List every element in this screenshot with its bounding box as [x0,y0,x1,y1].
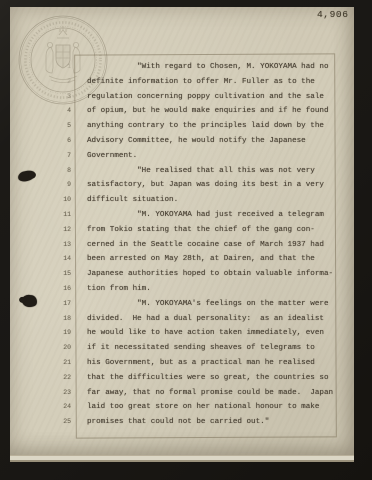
text-line: 20 if it necessitated sending sheaves of… [0,341,372,356]
typed-text-line: of opium, but he would make enquiries an… [87,104,329,119]
line-number: 3 [0,90,71,105]
text-line: 10 difficult situation. [0,193,372,208]
text-line: 14 been arrested on May 28th, at Dairen,… [0,252,372,267]
typed-text-line: Japanese authorities hoped to obtain val… [87,267,333,282]
typed-text-line: if it necessitated sending sheaves of te… [87,341,315,356]
paper-bottom-edge [10,455,354,462]
typed-text-line: from Tokio stating that the chief of the… [87,223,315,238]
line-number: 22 [0,371,71,386]
line-number: 16 [0,282,71,297]
text-line: 12 from Tokio stating that the chief of … [0,223,372,238]
text-line: 9 satisfactory, but Japan was doing its … [0,178,372,193]
line-number: 21 [0,356,71,371]
typed-text-line: "With regard to Chosen, M. YOKOYAMA had … [87,60,329,75]
typed-text-line: far away, that no formal promise could b… [87,386,333,401]
text-line: 6 Advisory Committee, he would notify th… [0,134,372,149]
line-number: 19 [0,326,71,341]
line-number: 2 [0,75,71,90]
typed-text-line: definite information to offer Mr. Fuller… [87,75,315,90]
line-number: 20 [0,341,71,356]
line-number: 5 [0,119,71,134]
text-line: 11 "M. YOKOYAMA had just received a tele… [0,208,372,223]
text-line: 16 tion from him. [0,282,372,297]
text-line: 15 Japanese authorities hoped to obtain … [0,267,372,282]
text-line: 3 regulation concerning poppy cultivatio… [0,90,372,105]
text-line: 8 "He realised that all this was not ver… [0,164,372,179]
text-line: 22 that the difficulties were so great, … [0,371,372,386]
typed-text-line: "M. YOKOYAMA had just received a telegra… [87,208,324,223]
text-line: 13 cerned in the Seattle cocaine case of… [0,238,372,253]
typed-text-line: anything contrary to the principles laid… [87,119,324,134]
line-number: 7 [0,149,71,164]
line-number: 13 [0,238,71,253]
text-line: 24 laid too great store on her national … [0,400,372,415]
line-number: 15 [0,267,71,282]
typed-text-line: "M. YOKOYAMA's feelings on the matter we… [87,297,329,312]
typed-text-line: promises that could not be carried out." [87,415,269,430]
typed-text-line: "He realised that all this was not very [87,164,315,179]
line-number: 1 [0,60,71,75]
text-line: 18 divided. He had a dual personality: a… [0,312,372,327]
typed-text-line: regulation concerning poppy cultivation … [87,90,324,105]
line-number: 18 [0,312,71,327]
typed-text-line: been arrested on May 28th, at Dairen, an… [87,252,315,267]
typed-text-line: satisfactory, but Japan was doing its be… [87,178,324,193]
text-line: 1 "With regard to Chosen, M. YOKOYAMA ha… [0,60,372,75]
typed-text-line: cerned in the Seattle cocaine case of Ma… [87,238,324,253]
text-line: 4 of opium, but he would make enquiries … [0,104,372,119]
text-line: 7 Government. [0,149,372,164]
line-number: 9 [0,178,71,193]
line-number: 10 [0,193,71,208]
text-line: 19 he would like to have action taken im… [0,326,372,341]
text-line: 25 promises that could not be carried ou… [0,415,372,430]
text-line: 23 far away, that no formal promise coul… [0,386,372,401]
text-line: 2 definite information to offer Mr. Full… [0,75,372,90]
typed-text-line: his Government, but as a practical man h… [87,356,315,371]
typed-text-line: that the difficulties were so great, the… [87,371,329,386]
line-number: 4 [0,104,71,119]
line-number: 6 [0,134,71,149]
typed-text-line: divided. He had a dual personality: as a… [87,312,324,327]
line-number: 12 [0,223,71,238]
typed-text-line: difficult situation. [87,193,178,208]
typed-text-line: he would like to have action taken immed… [87,326,324,341]
typed-text-line: Advisory Committee, he would notify the … [87,134,306,149]
line-number: 24 [0,400,71,415]
line-number: 14 [0,252,71,267]
text-line: 21 his Government, but as a practical ma… [0,356,372,371]
line-number: 11 [0,208,71,223]
line-number: 23 [0,386,71,401]
text-line: 17 "M. YOKOYAMA's feelings on the matter… [0,297,372,312]
text-line: 5 anything contrary to the principles la… [0,119,372,134]
typed-text-line: tion from him. [87,282,151,297]
typed-text-line: Government. [87,149,137,164]
typed-text-block: 1 "With regard to Chosen, M. YOKOYAMA ha… [0,60,372,430]
line-number: 25 [0,415,71,430]
typed-text-line: laid too great store on her national hon… [87,400,319,415]
scanned-document-page: 4,906 1 "With regard to Chosen, M. YOKOY… [0,0,372,480]
page-number: 4,906 [317,9,349,20]
